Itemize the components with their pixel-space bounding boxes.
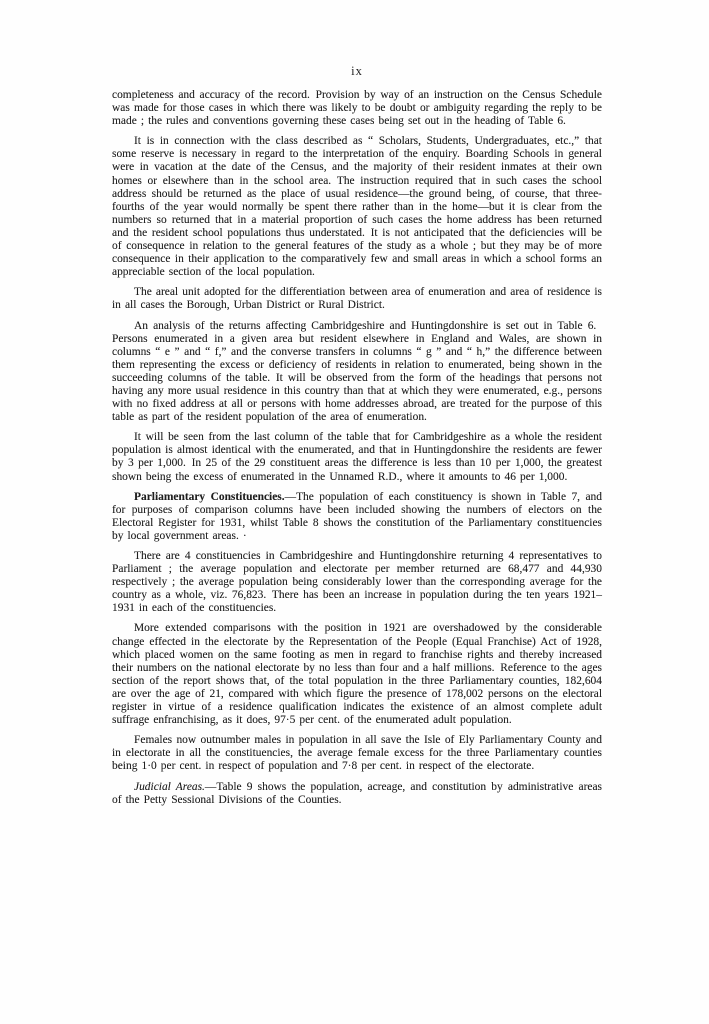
section-heading-bold: Parliamentary Constituencies. (134, 491, 285, 503)
paragraph: The areal unit adopted for the different… (112, 286, 602, 312)
paragraph: An analysis of the returns affecting Cam… (112, 320, 602, 425)
paragraph-text: It will be seen from the last column of … (112, 431, 602, 482)
paragraph: Judicial Areas.—Table 9 shows the popula… (112, 781, 602, 807)
paragraph-text: The areal unit adopted for the different… (112, 286, 602, 311)
paragraph-text: More extended comparisons with the posit… (112, 622, 602, 726)
paragraph-text: An analysis of the returns affecting Cam… (112, 320, 602, 424)
section-heading-italic: Judicial Areas. (134, 781, 205, 793)
paragraph: Females now outnumber males in populatio… (112, 734, 602, 773)
paragraph: It is in connection with the class descr… (112, 135, 602, 279)
paragraph: completeness and accuracy of the record.… (112, 89, 602, 128)
paragraph: It will be seen from the last column of … (112, 431, 602, 483)
paragraph-text: It is in connection with the class descr… (112, 135, 602, 278)
paragraph-text: Females now outnumber males in populatio… (112, 734, 602, 772)
paragraph: More extended comparisons with the posit… (112, 622, 602, 727)
paragraph-text: completeness and accuracy of the record.… (112, 89, 602, 127)
paragraph-text: There are 4 constituencies in Cambridges… (112, 550, 602, 614)
page-number: ix (112, 64, 602, 78)
page-body: completeness and accuracy of the record.… (112, 89, 602, 807)
document-page: ix completeness and accuracy of the reco… (0, 0, 709, 1024)
paragraph: There are 4 constituencies in Cambridges… (112, 550, 602, 615)
page-content: ix completeness and accuracy of the reco… (112, 64, 602, 814)
paragraph: Parliamentary Constituencies.—The popula… (112, 491, 602, 543)
